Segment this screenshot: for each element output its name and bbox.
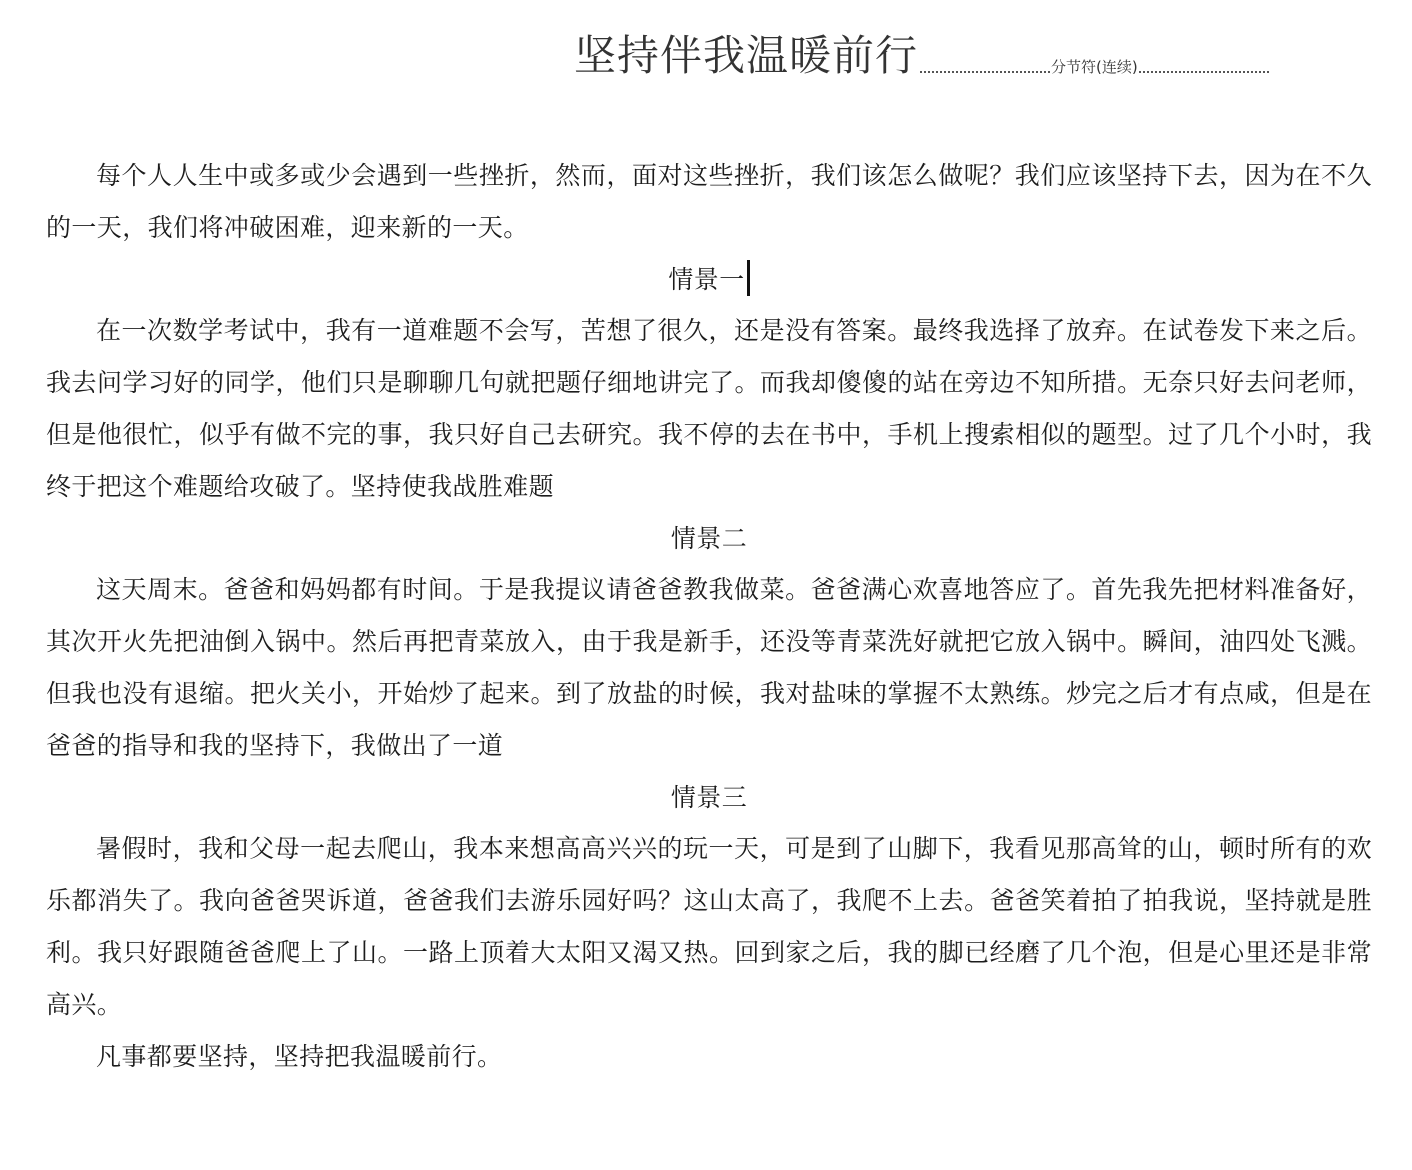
title-row: 坚持伴我温暖前行 分节符(连续): [574, 28, 1269, 84]
conclusion-paragraph[interactable]: 凡事都要坚持，坚持把我温暖前行。: [46, 1031, 1372, 1083]
scene-heading-1[interactable]: 情景一: [46, 254, 1372, 306]
scene-heading-1-text: 情景一: [668, 265, 744, 294]
scene-paragraph-1[interactable]: 在一次数学考试中，我有一道难题不会写，苦想了很久，还是没有答案。最终我选择了放弃…: [46, 305, 1372, 512]
document-body[interactable]: 每个人人生中或多或少会遇到一些挫折，然而，面对这些挫折，我们该怎么做呢？我们应该…: [46, 150, 1372, 1082]
section-break-dots-left: [920, 71, 1050, 73]
section-break-label: 分节符(连续): [1051, 58, 1138, 76]
section-break-marker: 分节符(连续): [920, 58, 1269, 84]
scene-heading-3[interactable]: 情景三: [46, 772, 1372, 824]
scene-paragraph-3[interactable]: 暑假时，我和父母一起去爬山，我本来想高高兴兴的玩一天，可是到了山脚下，我看见那高…: [46, 823, 1372, 1030]
text-cursor: [747, 260, 750, 296]
document-title[interactable]: 坚持伴我温暖前行: [574, 28, 918, 84]
document-page[interactable]: 坚持伴我温暖前行 分节符(连续) 每个人人生中或多或少会遇到一些挫折，然而，面对…: [0, 0, 1412, 1170]
scene-heading-2[interactable]: 情景二: [46, 513, 1372, 565]
scene-paragraph-2[interactable]: 这天周末。爸爸和妈妈都有时间。于是我提议请爸爸教我做菜。爸爸满心欢喜地答应了。首…: [46, 564, 1372, 771]
intro-paragraph[interactable]: 每个人人生中或多或少会遇到一些挫折，然而，面对这些挫折，我们该怎么做呢？我们应该…: [46, 150, 1372, 254]
section-break-dots-right: [1139, 71, 1269, 73]
